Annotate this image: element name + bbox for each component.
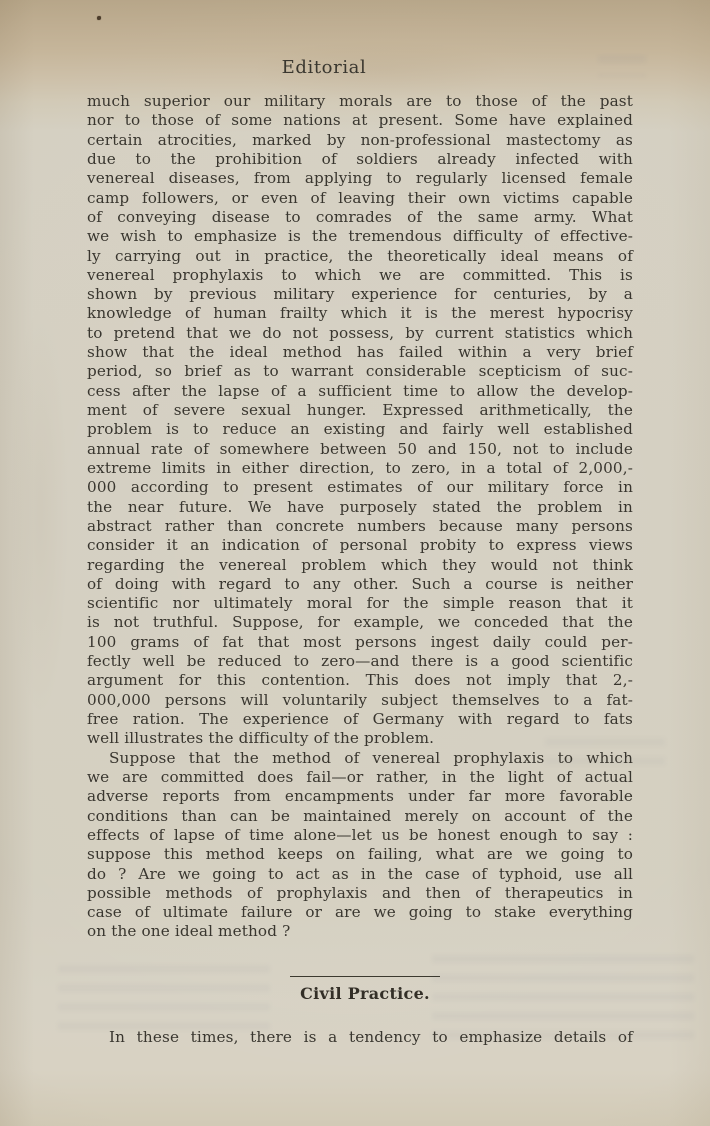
text-line: extreme limits in either direction, to z… [87,459,633,478]
text-line: case of ultimate failure or are we going… [87,903,633,922]
text-line: well illustrates the difficulty of the p… [87,729,633,748]
section-divider-rule [290,976,440,977]
text-line: adverse reports from encampments under f… [87,787,633,806]
text-line: consider it an indication of personal pr… [87,536,633,555]
text-line: abstract rather than concrete numbers be… [87,517,633,536]
section-title: Civil Practice. [265,984,465,1003]
text-line: argument for this contention. This does … [87,671,633,690]
text-line: conditions than can be maintained merely… [87,807,633,826]
paper-stain [10,300,70,720]
text-line: show that the ideal method has failed wi… [87,343,633,362]
text-line: due to the prohibition of soldiers alrea… [87,150,633,169]
editorial-body: much superior our military morals are to… [87,92,633,942]
text-line: possible methods of prophylaxis and then… [87,884,633,903]
text-line: ment of severe sexual hunger. Expressed … [87,401,633,420]
text-line: venereal diseases, from applying to regu… [87,169,633,188]
text-line: shown by previous military experience fo… [87,285,633,304]
text-line: venereal prophylaxis to which we are com… [87,266,633,285]
text-line: the near future. We have purposely state… [87,498,633,517]
text-line: fectly well be reduced to zero—and there… [87,652,633,671]
text-line: effects of lapse of time alone—let us be… [87,826,633,845]
text-line: is not truthful. Suppose, for example, w… [87,613,633,632]
text-line: Suppose that the method of venereal prop… [87,749,633,768]
text-line: regarding the venereal problem which the… [87,556,633,575]
civil-practice-opening-line: In these times, there is a tendency to e… [87,1028,633,1047]
text-line: we wish to emphasize is the tremendous d… [87,227,633,246]
text-line: on the one ideal method ? [87,922,633,941]
ink-speck [97,16,101,20]
page-title: Editorial [234,57,414,78]
text-line: annual rate of somewhere between 50 and … [87,440,633,459]
text-line: certain atrocities, marked by non-profes… [87,131,633,150]
text-line: camp followers, or even of leaving their… [87,189,633,208]
text-line: do ? Are we going to act as in the case … [87,865,633,884]
text-line: problem is to reduce an existing and fai… [87,420,633,439]
text-line: cess after the lapse of a sufficient tim… [87,382,633,401]
bleed-through-artifact [598,55,646,77]
text-line: scientific nor ultimately moral for the … [87,594,633,613]
text-line: 000,000 persons will voluntarily subject… [87,691,633,710]
text-line: 100 grams of fat that most persons inges… [87,633,633,652]
text-line: period, so brief as to warrant considera… [87,362,633,381]
text-line: much superior our military morals are to… [87,92,633,111]
scanned-page: Editorial much superior our military mor… [0,0,710,1126]
text-line: we are committed does fail—or rather, in… [87,768,633,787]
text-line: suppose this method keeps on failing, wh… [87,845,633,864]
text-line: free ration. The experience of Germany w… [87,710,633,729]
text-line: nor to those of some nations at present.… [87,111,633,130]
text-line: 000 according to present estimates of ou… [87,478,633,497]
text-line: ly carrying out in practice, the theoret… [87,247,633,266]
text-line: of conveying disease to comrades of the … [87,208,633,227]
text-line: knowledge of human frailty which it is t… [87,304,633,323]
text-line: to pretend that we do not possess, by cu… [87,324,633,343]
text-line: of doing with regard to any other. Such … [87,575,633,594]
